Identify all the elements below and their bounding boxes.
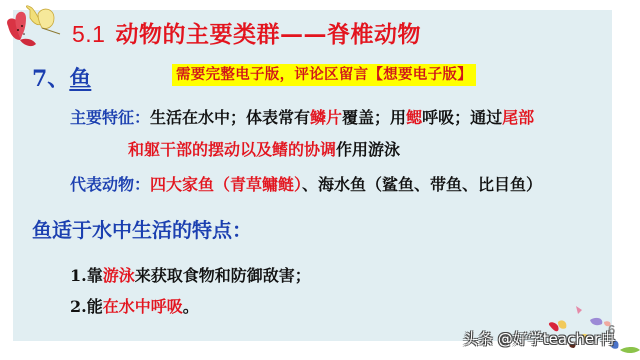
marine-fish: 海水鱼（鲨鱼、带鱼、比目鱼） xyxy=(318,175,542,194)
title-number: 5.1 xyxy=(72,21,105,47)
title-text: 动物的主要类群——脊椎动物 xyxy=(115,21,421,48)
slide-title: 5.1动物的主要类群——脊椎动物 xyxy=(72,16,421,49)
features-line-2: 和躯干部的摆动以及鳍的协调作用游泳 xyxy=(128,137,400,160)
freshwater-fish: 四大家鱼（青草鳙鲢） xyxy=(150,175,302,194)
text-segment: 生活在水中；体表常有 xyxy=(150,108,310,127)
highlight-segment: 鳞片 xyxy=(310,108,342,127)
butterfly-icon xyxy=(2,4,66,54)
point-suffix: 。 xyxy=(183,297,199,316)
point-1: 1.靠游泳来获取食物和防御敌害； xyxy=(70,263,311,286)
text-segment: 呼吸；通过 xyxy=(422,108,502,127)
point-highlight: 游泳 xyxy=(103,266,135,285)
section-number: 7、 xyxy=(32,66,69,92)
section-heading: 7、鱼 xyxy=(32,62,91,93)
adaptation-heading: 鱼适于水中生活的特点： xyxy=(32,214,252,243)
representatives-label: 代表动物： xyxy=(70,175,150,194)
highlight-segment: 鳃 xyxy=(406,108,422,127)
point-2: 2.能在水中呼吸。 xyxy=(70,294,199,317)
text-segment: 作用游泳 xyxy=(336,140,400,159)
text-segment: 覆盖；用 xyxy=(342,108,406,127)
highlight-segment: 和躯干部的摆动以及鳍的协调 xyxy=(128,140,336,159)
promo-banner: 需要完整电子版，评论区留言【想要电子版】 xyxy=(172,64,476,86)
section-name: 鱼 xyxy=(69,66,91,92)
point-prefix: 2.能 xyxy=(70,297,103,316)
features-line-1: 主要特征：生活在水中；体表常有鳞片覆盖；用鳃呼吸；通过尾部 xyxy=(70,105,534,128)
features-label: 主要特征： xyxy=(70,108,150,127)
point-highlight: 在水中呼吸 xyxy=(103,297,183,316)
representatives-line: 代表动物：四大家鱼（青草鳙鲢）、海水鱼（鲨鱼、带鱼、比目鱼） xyxy=(70,172,542,195)
highlight-segment: 尾部 xyxy=(502,108,534,127)
watermark: 头条 @好学teacher冉 xyxy=(463,328,615,349)
slide: 5.1动物的主要类群——脊椎动物 7、鱼 需要完整电子版，评论区留言【想要电子版… xyxy=(0,0,640,360)
point-suffix: 来获取食物和防御敌害； xyxy=(135,266,311,285)
separator: 、 xyxy=(302,175,318,194)
point-prefix: 1.靠 xyxy=(70,266,103,285)
